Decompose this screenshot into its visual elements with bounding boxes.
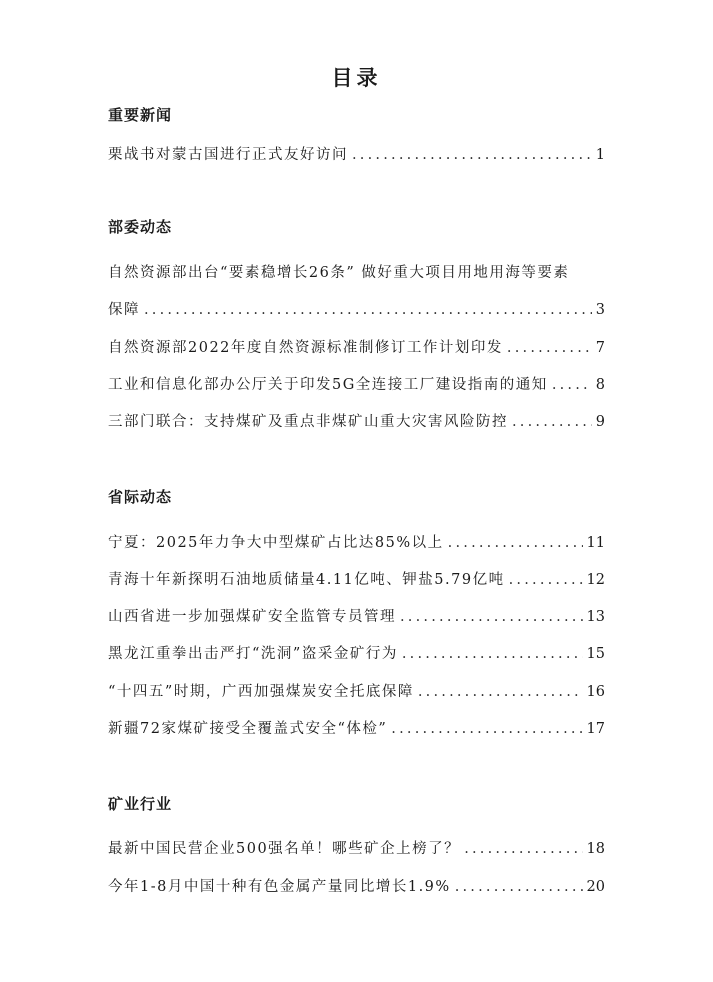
toc-entry-page: 7 bbox=[596, 340, 605, 356]
leader-dots bbox=[400, 609, 583, 625]
toc-entry[interactable]: 新疆72家煤矿接受全覆盖式安全“体检” 17 bbox=[108, 717, 605, 738]
toc-entry-text: 青海十年新探明石油地质储量4.11亿吨、钾盐5.79亿吨 bbox=[108, 568, 505, 589]
toc-entry[interactable]: 最新中国民营企业500强名单！哪些矿企上榜了？ 18 bbox=[108, 837, 605, 858]
toc-entry-text: 工业和信息化部办公厅关于印发5G全连接工厂建设指南的通知 bbox=[108, 373, 548, 394]
toc-entry-page: 9 bbox=[596, 414, 605, 430]
leader-dots bbox=[402, 646, 583, 662]
leader-dots bbox=[448, 535, 583, 551]
toc-entry[interactable]: 三部门联合：支持煤矿及重点非煤矿山重大灾害风险防控 9 bbox=[108, 410, 605, 431]
section-heading-mining-industry: 矿业行业 bbox=[108, 793, 172, 814]
toc-entry-text: 山西省进一步加强煤矿安全监管专员管理 bbox=[108, 605, 396, 626]
toc-entry[interactable]: “十四五”时期，广西加强煤炭安全托底保障 16 bbox=[108, 680, 605, 701]
toc-entry-page: 18 bbox=[587, 841, 605, 857]
toc-entry[interactable]: 山西省进一步加强煤矿安全监管专员管理 13 bbox=[108, 605, 605, 626]
toc-entry[interactable]: 宁夏：2025年力争大中型煤矿占比达85%以上 11 bbox=[108, 531, 605, 552]
leader-dots bbox=[418, 684, 583, 700]
toc-entry[interactable]: 自然资源部2022年度自然资源标准制修订工作计划印发 7 bbox=[108, 336, 605, 357]
toc-entry-text: “十四五”时期，广西加强煤炭安全托底保障 bbox=[108, 680, 414, 701]
leader-dots bbox=[144, 302, 592, 318]
toc-entry-page: 13 bbox=[587, 609, 605, 625]
toc-entry-page: 3 bbox=[596, 302, 605, 318]
section-heading-ministry-news: 部委动态 bbox=[108, 216, 172, 237]
toc-entry-text-line1[interactable]: 自然资源部出台“要素稳增长26条” 做好重大项目用地用海等要素 bbox=[108, 261, 605, 282]
toc-entry-page: 12 bbox=[587, 572, 605, 588]
leader-dots bbox=[352, 147, 592, 163]
toc-entry[interactable]: 今年1-8月中国十种有色金属产量同比增长1.9% 20 bbox=[108, 875, 605, 896]
leader-dots bbox=[507, 340, 592, 356]
toc-entry-text: 黑龙江重拳出击严打“洗洞”盗采金矿行为 bbox=[108, 642, 398, 663]
toc-title: 目录 bbox=[0, 62, 713, 92]
toc-entry-text: 最新中国民营企业500强名单！哪些矿企上榜了？ bbox=[108, 837, 460, 858]
leader-dots bbox=[464, 841, 582, 857]
toc-entry[interactable]: 栗战书对蒙古国进行正式友好访问 1 bbox=[108, 143, 605, 164]
toc-entry-page: 16 bbox=[587, 684, 605, 700]
toc-entry-page: 17 bbox=[587, 721, 605, 737]
leader-dots bbox=[455, 879, 583, 895]
toc-entry[interactable]: 青海十年新探明石油地质储量4.11亿吨、钾盐5.79亿吨 12 bbox=[108, 568, 605, 589]
toc-entry-page: 1 bbox=[596, 147, 605, 163]
leader-dots bbox=[552, 377, 592, 393]
leader-dots bbox=[391, 721, 582, 737]
leader-dots bbox=[512, 414, 592, 430]
toc-entry-page: 8 bbox=[596, 377, 605, 393]
toc-entry-text: 自然资源部2022年度自然资源标准制修订工作计划印发 bbox=[108, 336, 503, 357]
toc-entry-text: 宁夏：2025年力争大中型煤矿占比达85%以上 bbox=[108, 531, 444, 552]
toc-entry-text: 新疆72家煤矿接受全覆盖式安全“体检” bbox=[108, 717, 387, 738]
toc-entry-page: 20 bbox=[587, 879, 605, 895]
toc-entry[interactable]: 保障 3 bbox=[108, 298, 605, 319]
toc-entry-text: 今年1-8月中国十种有色金属产量同比增长1.9% bbox=[108, 875, 451, 896]
toc-entry-page: 15 bbox=[587, 646, 605, 662]
toc-entry-text: 保障 bbox=[108, 298, 140, 319]
section-heading-provincial-news: 省际动态 bbox=[108, 486, 172, 507]
leader-dots bbox=[509, 572, 583, 588]
toc-entry-text: 三部门联合：支持煤矿及重点非煤矿山重大灾害风险防控 bbox=[108, 410, 508, 431]
section-heading-important-news: 重要新闻 bbox=[108, 104, 172, 125]
toc-entry-page: 11 bbox=[587, 535, 605, 551]
toc-entry-text: 栗战书对蒙古国进行正式友好访问 bbox=[108, 143, 348, 164]
toc-entry[interactable]: 黑龙江重拳出击严打“洗洞”盗采金矿行为 15 bbox=[108, 642, 605, 663]
toc-entry[interactable]: 工业和信息化部办公厅关于印发5G全连接工厂建设指南的通知 8 bbox=[108, 373, 605, 394]
